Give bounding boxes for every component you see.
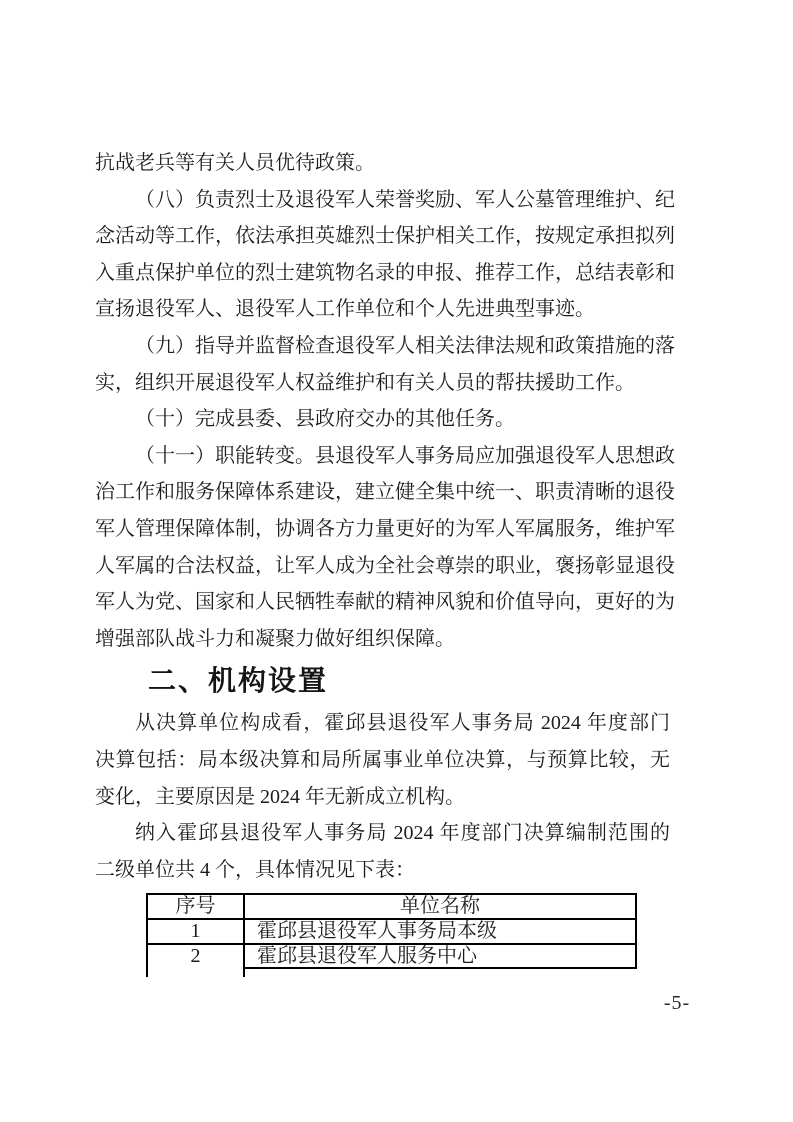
section-heading: 二、机构设置 bbox=[148, 657, 670, 705]
page-number: -5- bbox=[646, 992, 708, 1014]
document-page: 抗战老兵等有关人员优待政策。 （八）负责烈士及退役军人荣誉奖励、军人公墓管理维护… bbox=[0, 0, 793, 1122]
table-cell-seq: 1 bbox=[148, 920, 243, 943]
table-cell-name: 霍邱县退役军人服务中心 bbox=[245, 945, 635, 968]
text-line: 治工作和服务保障体系建设，建立健全集中统一、职责清晰的退役 bbox=[95, 474, 670, 511]
text-line: 抗战老兵等有关人员优待政策。 bbox=[95, 145, 670, 182]
text-line: 增强部队战斗力和凝聚力做好组织保障。 bbox=[95, 621, 670, 658]
table-border-right bbox=[635, 893, 637, 969]
text-line: 念活动等工作，依法承担英雄烈士保护相关工作，按规定承担拟列 bbox=[95, 218, 670, 255]
text-line: （九）指导并监督检查退役军人相关法律法规和政策措施的落 bbox=[95, 328, 670, 365]
table-border-header-bottom bbox=[146, 918, 637, 920]
text-line: 入重点保护单位的烈士建筑物名录的申报、推荐工作，总结表彰和 bbox=[95, 255, 670, 292]
table-border-column-divider bbox=[243, 893, 245, 977]
table-cell-name: 霍邱县退役军人事务局本级 bbox=[245, 920, 635, 943]
table-border-top bbox=[146, 893, 637, 895]
text-line: （十）完成县委、县政府交办的其他任务。 bbox=[95, 401, 670, 438]
document-body: 抗战老兵等有关人员优待政策。 （八）负责烈士及退役军人荣誉奖励、军人公墓管理维护… bbox=[95, 145, 670, 983]
text-line: （十一）职能转变。县退役军人事务局应加强退役军人思想政 bbox=[95, 438, 670, 475]
table-border-left bbox=[146, 893, 148, 977]
text-line: 人军属的合法权益，让军人成为全社会尊崇的职业，褒扬彰显退役 bbox=[95, 548, 670, 585]
table-border-row1-bottom bbox=[146, 943, 637, 945]
text-line: （八）负责烈士及退役军人荣誉奖励、军人公墓管理维护、纪 bbox=[95, 182, 670, 219]
text-line: 实，组织开展退役军人权益维护和有关人员的帮扶援助工作。 bbox=[95, 365, 670, 402]
table-header-seq: 序号 bbox=[148, 895, 243, 918]
table-header-name: 单位名称 bbox=[245, 895, 635, 918]
text-line: 宣扬退役军人、退役军人工作单位和个人先进典型事迹。 bbox=[95, 291, 670, 328]
text-line: 军人管理保障体制，协调各方力量更好的为军人军属服务，维护军 bbox=[95, 511, 670, 548]
text-line: 从决算单位构成看，霍邱县退役军人事务局 2024 年度部门 bbox=[95, 705, 670, 742]
table-cell-seq: 2 bbox=[148, 945, 243, 968]
text-line: 纳入霍邱县退役军人事务局 2024 年度部门决算编制范围的 bbox=[95, 815, 670, 852]
text-line: 变化，主要原因是 2024 年无新成立机构。 bbox=[95, 779, 670, 816]
text-line: 二级单位共 4 个，具体情况见下表： bbox=[95, 852, 670, 889]
units-table: 序号 单位名称 1 霍邱县退役军人事务局本级 2 霍邱县退役军人服务中心 bbox=[146, 893, 637, 983]
table-border-row2-bottom bbox=[243, 967, 637, 969]
text-line: 决算包括：局本级决算和局所属事业单位决算，与预算比较，无 bbox=[95, 742, 670, 779]
text-line: 军人为党、国家和人民牺牲奉献的精神风貌和价值导向，更好的为 bbox=[95, 584, 670, 621]
